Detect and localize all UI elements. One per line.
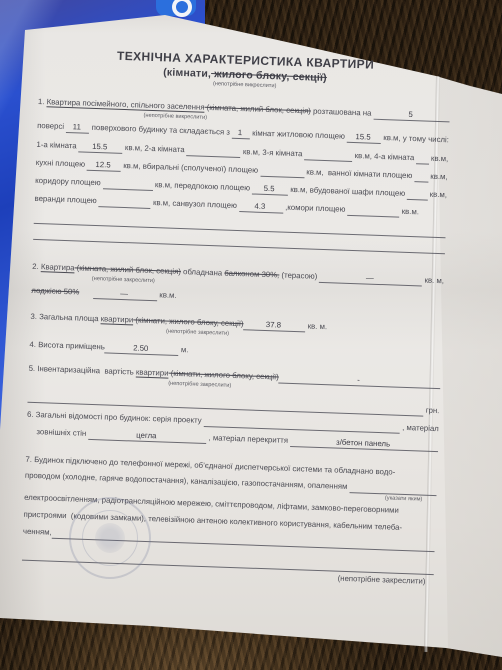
photo-of-document: ТЕХНІЧНА ХАРАКТЕРИСТИКА КВАРТИРИ (кімнат… xyxy=(0,0,502,670)
s4-text: 4. Висота приміщень xyxy=(29,339,105,354)
s1-text: 1-а кімната xyxy=(36,139,79,152)
s1-text: кухні площею xyxy=(36,157,88,171)
binder-ring-icon xyxy=(172,0,192,17)
blank-kitchen-area: 12.5 xyxy=(87,160,121,172)
s1-text: кв.м, вбудованої шафи площею xyxy=(288,184,408,200)
blank-project-series xyxy=(204,416,401,434)
s1-text: поверсі xyxy=(37,120,66,133)
s1-text: коридору площею xyxy=(35,175,103,189)
blank-loggia-area: — xyxy=(93,288,157,301)
s1-text: кв.м, 2-а кімната xyxy=(123,142,187,156)
blank-pantry-area xyxy=(347,205,399,218)
blank-corridor-area xyxy=(103,178,153,191)
s2-underlined: Квартира xyxy=(41,261,75,274)
s3-text: 3. Загальна площа xyxy=(30,311,101,325)
s3-underlined: квартири xyxy=(100,313,133,326)
s1-text: кв.м, передпокою площею xyxy=(153,179,253,194)
blank-room-count: 1 xyxy=(232,128,250,140)
s2-terrace: (терасою) xyxy=(279,269,320,282)
s1-text: кімнат житловою площею xyxy=(250,127,347,142)
blank-total-area: 37.8 xyxy=(243,319,305,332)
s2-text: обладнана xyxy=(181,266,225,280)
s1-text: кв.м, вбиральні (сполученої) площею xyxy=(121,160,260,177)
s1-text: кв.м, xyxy=(429,153,449,166)
s1-text: кв.м, ванної кімнати площею xyxy=(304,166,415,182)
s4-unit: м. xyxy=(179,344,189,356)
blank-room2-area xyxy=(187,145,241,158)
s1-text: кв.м, 3-я кімната xyxy=(241,146,305,160)
blank-ceiling-height: 2.50 xyxy=(105,342,179,356)
s1-text: кв.м, xyxy=(427,189,447,202)
s6-text: 6. Загальні відомості про будинок: серія… xyxy=(27,409,204,427)
s1-text: веранди площею xyxy=(34,193,99,207)
blank-lavatory-area xyxy=(260,166,304,179)
s5-underlined: квартири xyxy=(136,367,169,380)
binder-clip xyxy=(156,0,196,16)
blank-wall-material: цегла xyxy=(88,429,206,444)
s1-text: кв.м, 4-а кімната xyxy=(352,150,416,164)
blank-ceiling-material: з/бетон панель xyxy=(290,436,438,452)
s6-text: , матеріал xyxy=(400,422,439,435)
s1-text: ,комори площею xyxy=(283,202,348,216)
s2-balcony-struck: балконом 30%, xyxy=(224,268,279,282)
s5-unit: грн. xyxy=(423,405,439,418)
s1-text: кв.м, xyxy=(428,171,448,184)
blank-sanunit-area: 4.3 xyxy=(239,201,283,214)
s2-loggia-struck: лоджією 50% xyxy=(31,285,79,299)
blank-building-floors: 11 xyxy=(66,122,90,134)
s7-text: ченням, xyxy=(23,526,52,539)
s6-text: , матеріал перекриття xyxy=(206,432,290,447)
s1-text: кв.м, у тому числі: xyxy=(381,132,449,146)
blank-hall-area: 5.5 xyxy=(252,183,288,195)
blank-room4-area xyxy=(416,153,429,164)
blank-living-area: 15.5 xyxy=(347,132,382,144)
s1-text: кв.м. xyxy=(399,206,419,219)
blank-veranda-area xyxy=(99,196,151,209)
s6-text: зовнішніх стін xyxy=(36,426,88,440)
blank-room1-area: 15.5 xyxy=(79,141,123,154)
s1-text: поверхового будинку та складається з xyxy=(89,122,232,139)
blank-wardrobe-area xyxy=(407,189,428,201)
blank-room3-area xyxy=(304,149,352,162)
s3-unit: кв. м. xyxy=(305,320,327,333)
subtitle-text: (кімнати, xyxy=(163,66,211,80)
s2-unit: кв. м, xyxy=(422,274,444,287)
blank-bath-area xyxy=(414,171,428,182)
form-content: ТЕХНІЧНА ХАРАКТЕРИСТИКА КВАРТИРИ (кімнат… xyxy=(22,44,452,588)
s1-text: кв.м, санвузол площею xyxy=(151,197,240,212)
s2-unit2: кв.м. xyxy=(157,289,177,302)
s1-tail: розташована на xyxy=(311,105,374,119)
